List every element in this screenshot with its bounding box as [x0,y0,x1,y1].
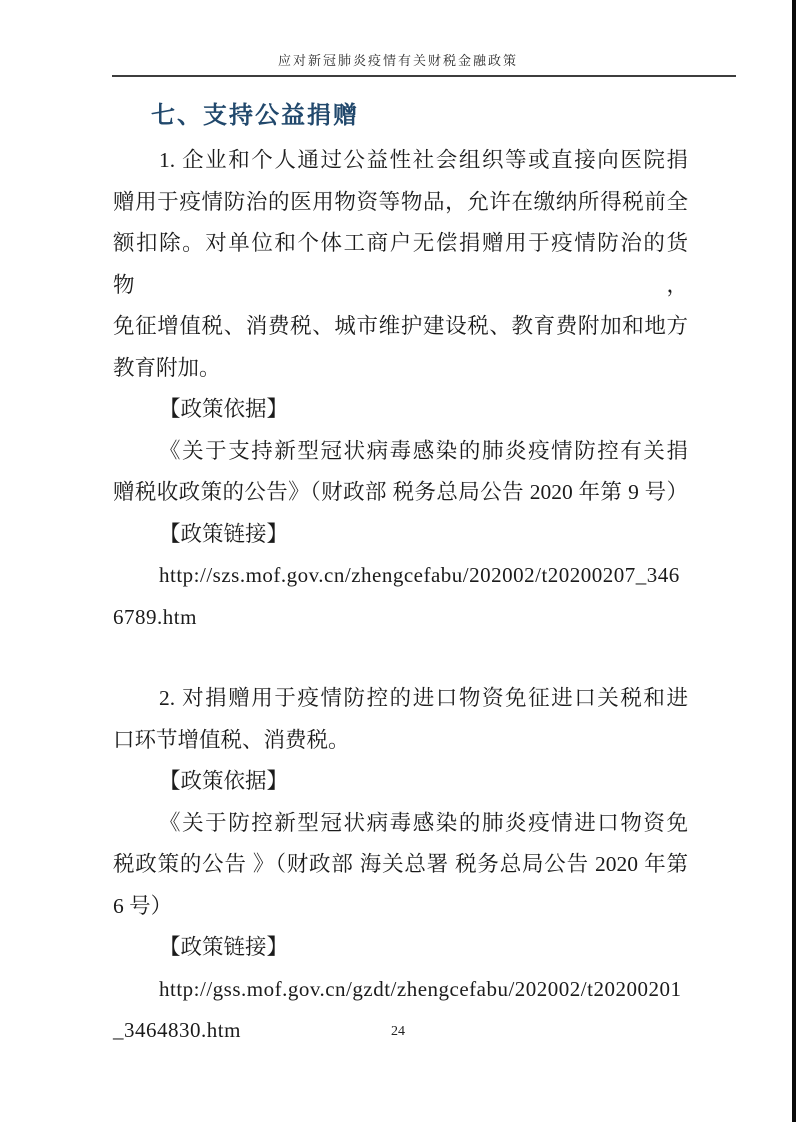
header-rule [112,75,736,77]
policy-link-url-line: http://gss.mof.gov.cn/gzdt/zhengcefabu/2… [113,969,688,1011]
policy-basis-label: 【政策依据】 [113,761,688,803]
policy-link-url-line: http://szs.mof.gov.cn/zhengcefabu/202002… [113,555,688,597]
body-line: 免征增值税、消费税、城市维护建设税、教育费附加和地方 [113,306,688,348]
body-line: 口环节增值税、消费税。 [113,720,688,762]
section-heading: 七、支持公益捐赠 [113,98,688,134]
policy-link-label: 【政策链接】 [113,514,688,556]
policy-basis-label: 【政策依据】 [113,389,688,431]
blank-line [113,638,688,678]
policy-basis-line: 《关于防控新型冠状病毒感染的肺炎疫情进口物资免 [113,803,688,845]
body-line: 1. 企业和个人通过公益性社会组织等或直接向医院捐 [113,140,688,182]
page-header-title: 应对新冠肺炎疫情有关财税金融政策 [0,50,796,69]
policy-basis-line: 税政策的公告 》（财政部 海关总署 税务总局公告 2020 年第 [113,844,688,886]
body-line: 赠用于疫情防治的医用物资等物品，允许在缴纳所得税前全 [113,182,688,224]
policy-basis-line: 《关于支持新型冠状病毒感染的肺炎疫情防控有关捐 [113,431,688,473]
document-page: 应对新冠肺炎疫情有关财税金融政策 七、支持公益捐赠 1. 企业和个人通过公益性社… [0,0,796,1122]
body-line: 额扣除。对单位和个体工商户无偿捐赠用于疫情防治的货物， [113,223,688,306]
page-number: 24 [0,1024,796,1040]
policy-link-url-line: 6789.htm [113,597,688,639]
policy-basis-line: 赠税收政策的公告》（财政部 税务总局公告 2020 年第 9 号） [113,472,688,514]
scan-edge-border [792,0,796,1122]
policy-basis-line: 6 号） [113,886,688,928]
body-line: 2. 对捐赠用于疫情防控的进口物资免征进口关税和进 [113,678,688,720]
body-line: 教育附加。 [113,348,688,390]
policy-link-label: 【政策链接】 [113,927,688,969]
page-content: 七、支持公益捐赠 1. 企业和个人通过公益性社会组织等或直接向医院捐 赠用于疫情… [113,98,688,1052]
